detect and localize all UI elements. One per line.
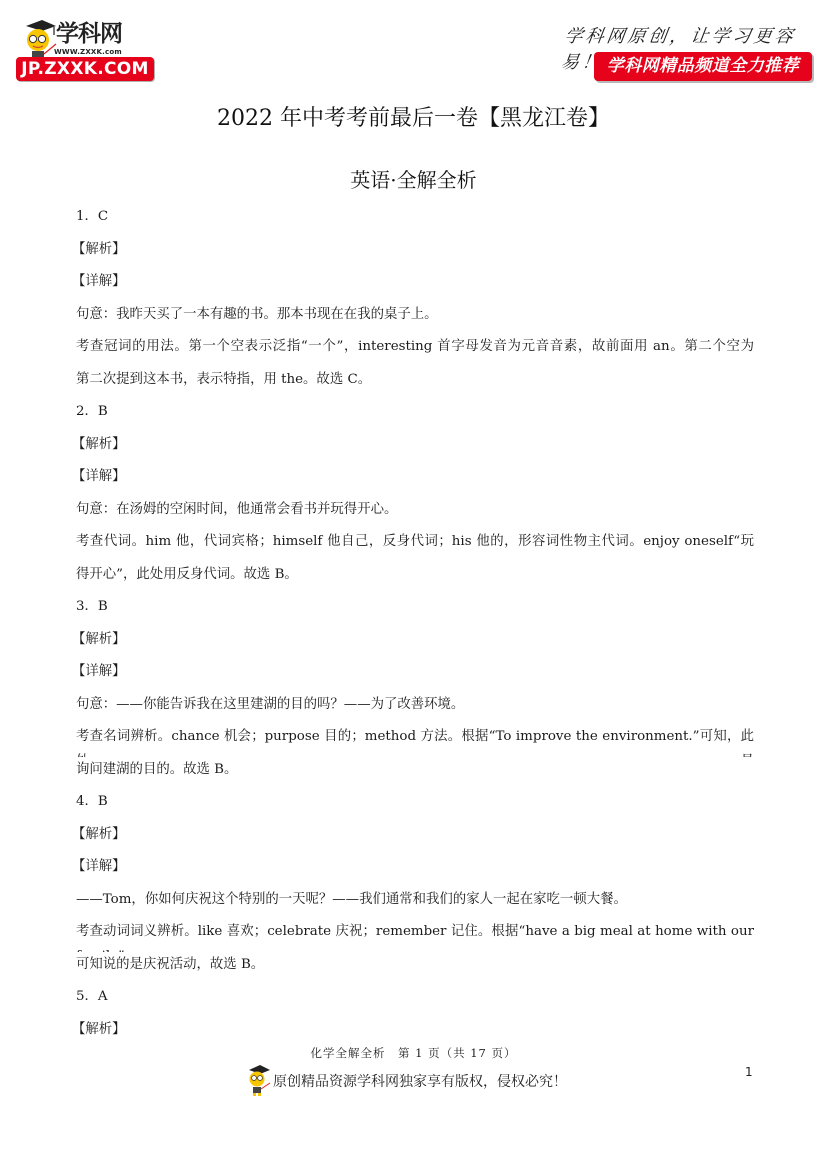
page-title: 2022 年中考考前最后一卷【黑龙江卷】 [0,104,827,134]
page-subtitle: 英语·全解全析 [0,166,827,194]
paragraph: 得开心”，此处用反身代词。故选 B。 [76,562,754,595]
paragraph: ——Tom，你如何庆祝这个特别的一天呢？——我们通常和我们的家人一起在家吃一顿大… [76,887,754,920]
answer-content: 1．C 【解析】 【详解】 句意：我昨天买了一本有趣的书。那本书现在在我的桌子上… [76,204,754,1049]
answer-number: 3．B [76,594,754,627]
logo-url: WWW.ZXXK.com [54,48,122,56]
section-tag-detail: 【详解】 [72,269,754,302]
paragraph: 可知说的是庆祝活动，故选 B。 [76,952,754,985]
section-tag-analysis: 【解析】 [72,237,754,270]
paragraph: 第二次提到这本书，表示特指，用 the。故选 C。 [76,367,754,400]
section-tag-analysis: 【解析】 [72,432,754,465]
answer-number: 2．B [76,399,754,432]
mascot-icon [246,1064,272,1098]
section-tag-detail: 【详解】 [72,854,754,887]
page-info: 化学全解全析 第 1 页（共 17 页） [0,1045,827,1061]
paragraph: 考查冠词的用法。第一个空表示泛指“一个”，interesting 首字母发音为元… [76,334,754,367]
paragraph: 句意：我昨天买了一本有趣的书。那本书现在在我的桌子上。 [76,302,754,335]
paragraph: 考查名词辨析。chance 机会；purpose 目的；method 方法。根据… [76,724,754,757]
paragraph: 考查动词词义辨析。like 喜欢；celebrate 庆祝；remember 记… [76,919,754,952]
copyright-notice: 原创精品资源学科网独家享有版权，侵权必究！ [273,1071,567,1091]
section-tag-detail: 【详解】 [72,464,754,497]
paragraph: 考查代词。him 他，代词宾格；himself 他自己，反身代词；his 他的，… [76,529,754,562]
paragraph: 句意：在汤姆的空闲时间，他通常会看书并玩得开心。 [76,497,754,530]
section-tag-analysis: 【解析】 [72,822,754,855]
logo-text: 学科网 [56,21,122,47]
page-number: 1 [745,1065,753,1079]
paragraph: 询问建湖的目的。故选 B。 [76,757,754,790]
jp-zxxk-badge[interactable]: JP.ZXXK.COM [16,57,154,81]
answer-number: 5．A [76,984,754,1017]
paragraph: 句意：——你能告诉我在这里建湖的目的吗？——为了改善环境。 [76,692,754,725]
section-tag-detail: 【详解】 [72,659,754,692]
zxxk-logo[interactable]: 学科网 WWW.ZXXK.com JP.ZXXK.COM [16,16,156,84]
section-tag-analysis: 【解析】 [72,627,754,660]
answer-number: 1．C [76,204,754,237]
answer-number: 4．B [76,789,754,822]
channel-recommend-badge[interactable]: 学科网精品频道全力推荐 [594,52,812,81]
